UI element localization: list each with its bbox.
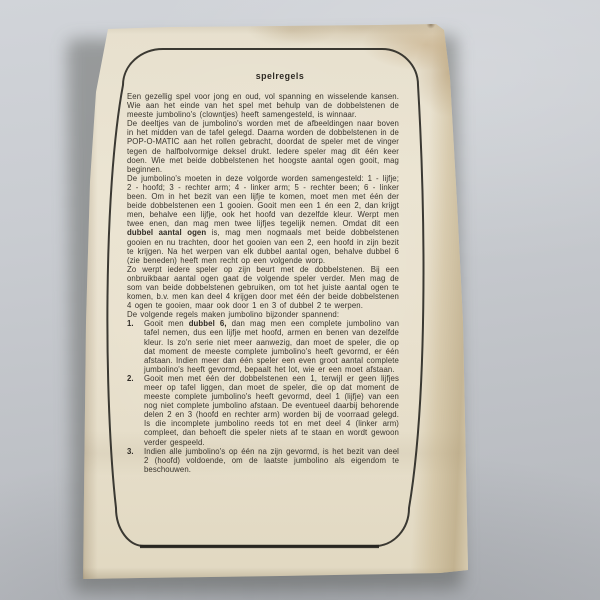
rules-paragraph: Een gezellig spel voor jong en oud, vol … — [127, 92, 399, 119]
text-run: Indien alle jumbolino's op één na zijn g… — [144, 447, 399, 474]
text-run: De volgende regels maken jumbolino bijzo… — [127, 310, 339, 319]
rules-paragraph: Zo werpt iedere speler op zijn beurt met… — [127, 265, 399, 310]
numbered-item: 2.Gooit men met één der dobbelstenen een… — [127, 374, 399, 447]
rules-title: spelregels — [150, 71, 410, 81]
text-run: De jumbolino's moeten in deze volgorde w… — [127, 174, 399, 228]
rules-paragraph: De jumbolino's moeten in deze volgorde w… — [127, 174, 399, 265]
rules-paragraph: De deeltjes van de jumbolino's worden me… — [127, 119, 399, 174]
item-number: 2. — [127, 374, 134, 383]
text-run: Een gezellig spel voor jong en oud, vol … — [127, 92, 399, 119]
text-run: Gooit men met één der dobbelstenen een 1… — [144, 374, 399, 447]
text-run: De deeltjes van de jumbolino's worden me… — [127, 119, 399, 173]
text-run: dan mag men een complete jumbolino van t… — [144, 319, 399, 373]
text-run: Zo werpt iedere speler op zijn beurt met… — [127, 265, 399, 310]
bold-run: dubbel 6, — [189, 319, 227, 328]
text-run: Gooit men — [144, 319, 189, 328]
numbered-item: 1.Gooit men dubbel 6, dan mag men een co… — [127, 319, 399, 374]
item-number: 3. — [127, 447, 134, 456]
paper-sheet: spelregels Een gezellig spel voor jong e… — [80, 22, 472, 582]
bold-run: dubbel aantal ogen — [127, 228, 206, 237]
rules-text-block: Een gezellig spel voor jong en oud, vol … — [127, 92, 399, 474]
item-number: 1. — [127, 319, 134, 328]
photo-background: spelregels Een gezellig spel voor jong e… — [0, 0, 600, 600]
rules-paragraph: De volgende regels maken jumbolino bijzo… — [127, 310, 399, 319]
numbered-item: 3.Indien alle jumbolino's op één na zijn… — [127, 447, 399, 474]
